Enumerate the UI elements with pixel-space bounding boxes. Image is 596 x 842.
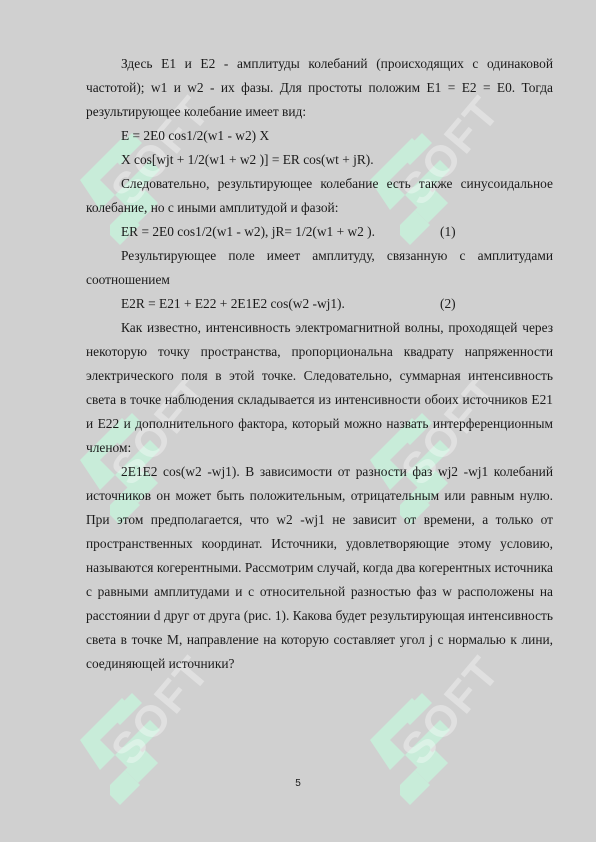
paragraph: Здесь E1 и E2 - амплитуды колебаний (про…	[86, 52, 553, 124]
equation-number: (2)	[440, 292, 456, 316]
watermark-logo-icon	[70, 670, 220, 820]
formula-line: X cos[wjt + 1/2(w1 + w2 )] = ER cos(wt +…	[86, 148, 553, 172]
paragraph: 2E1E2 cos(w2 -wj1). В зависимости от раз…	[86, 460, 553, 676]
watermark-logo-icon	[360, 670, 510, 820]
paragraph: Результирующее поле имеет амплитуду, свя…	[86, 244, 553, 292]
formula-text: X cos[wjt + 1/2(w1 + w2 )] = ER cos(wt +…	[121, 152, 374, 167]
formula-text: E2R = E21 + E22 + 2E1E2 cos(w2 -wj1).	[121, 296, 345, 311]
formula-line: E = 2E0 cos1/2(w1 - w2) X	[86, 124, 553, 148]
formula-text: E = 2E0 cos1/2(w1 - w2) X	[121, 128, 269, 143]
paragraph: Следовательно, результирующее колебание …	[86, 172, 553, 220]
document-body: Здесь E1 и E2 - амплитуды колебаний (про…	[86, 52, 553, 676]
formula-line: ER = 2E0 cos1/2(w1 - w2), jR= 1/2(w1 + w…	[86, 220, 553, 244]
watermark: SOFT	[70, 670, 220, 820]
formula-line: E2R = E21 + E22 + 2E1E2 cos(w2 -wj1).(2)	[86, 292, 553, 316]
page-number: 5	[0, 778, 596, 789]
equation-number: (1)	[440, 220, 456, 244]
formula-text: ER = 2E0 cos1/2(w1 - w2), jR= 1/2(w1 + w…	[121, 224, 375, 239]
watermark: SOFT	[360, 670, 510, 820]
paragraph: Как известно, интенсивность электромагни…	[86, 316, 553, 460]
